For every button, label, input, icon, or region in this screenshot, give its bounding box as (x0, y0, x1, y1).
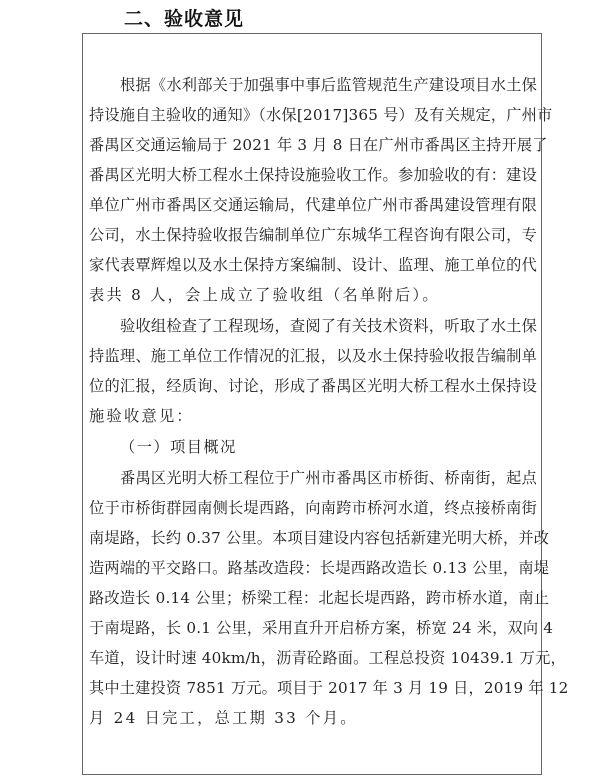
acceptance-opinion-box: 根据《水利部关于加强事中事后监管规范生产建设项目水土保 持设施自主验收的通知》（… (82, 33, 542, 775)
paragraph-2-line-1: 验收组检查了工程现场，查阅了有关技术资料，听取了水土保 (120, 316, 537, 336)
paragraph-1-line-4: 番禺区光明大桥工程水土保持设施验收工作。参加验收的有：建设 (89, 165, 537, 185)
paragraph-3-line-4: 造两端的平交路口。路基改造段：长堤西路改造长 0.13 公里，南堤 (89, 558, 537, 578)
paragraph-3-line-6: 于南堤路，长 0.1 公里，采用直升开启桥方案，桥宽 24 米，双向 4 (89, 618, 537, 638)
paragraph-1-line-6: 公司，水土保持验收报告编制单位广东城华工程咨询有限公司，专 (89, 225, 537, 245)
paragraph-3-line-5: 路改造长 0.14 公里；桥梁工程：北起长堤西路，跨市桥水道，南止 (89, 588, 537, 608)
paragraph-1-line-5: 单位广州市番禺区交通运输局，代建单位广州市番禺建设管理有限 (89, 195, 537, 215)
paragraph-3-line-1: 番禺区光明大桥工程位于广州市番禺区市桥街、桥南街，起点 (120, 468, 537, 488)
paragraph-3-line-3: 南堤路，长约 0.37 公里。本项目建设内容包括新建光明大桥，并改 (89, 528, 537, 548)
paragraph-1-line-1: 根据《水利部关于加强事中事后监管规范生产建设项目水土保 (120, 75, 537, 95)
paragraph-1-line-7: 家代表覃辉煌以及水土保持方案编制、设计、监理、施工单位的代 (89, 255, 537, 275)
section-heading: 二、验收意见 (124, 4, 244, 31)
paragraph-2-line-4: 施验收意见： (89, 406, 537, 426)
paragraph-3-line-7: 车道，设计时速 40km/h，沥青砼路面。工程总投资 10439.1 万元， (89, 648, 537, 668)
paragraph-2-line-2: 持监理、施工单位工作情况的汇报，以及水土保持验收报告编制单 (89, 346, 537, 366)
paragraph-1-line-8: 表共 8 人，会上成立了验收组（名单附后）。 (89, 285, 537, 305)
paragraph-3-line-8: 其中土建投资 7851 万元。项目于 2017 年 3 月 19 日，2019 … (89, 678, 537, 698)
paragraph-3-line-2: 位于市桥街群园南侧长堤西路，向南跨市桥河水道，终点接桥南街 (89, 498, 537, 518)
subheading-project-overview: （一）项目概况 (120, 437, 568, 457)
paragraph-1-line-2: 持设施自主验收的通知》（水保[2017]365 号）及有关规定，广州市 (89, 105, 537, 125)
paragraph-3-line-9: 月 24 日完工，总工期 33 个月。 (89, 708, 537, 728)
paragraph-2-line-3: 位的汇报，经质询、讨论，形成了番禺区光明大桥工程水土保持设 (89, 376, 537, 396)
paragraph-1-line-3: 番禺区交通运输局于 2021 年 3 月 8 日在广州市番禺区主持开展了 (89, 135, 537, 155)
